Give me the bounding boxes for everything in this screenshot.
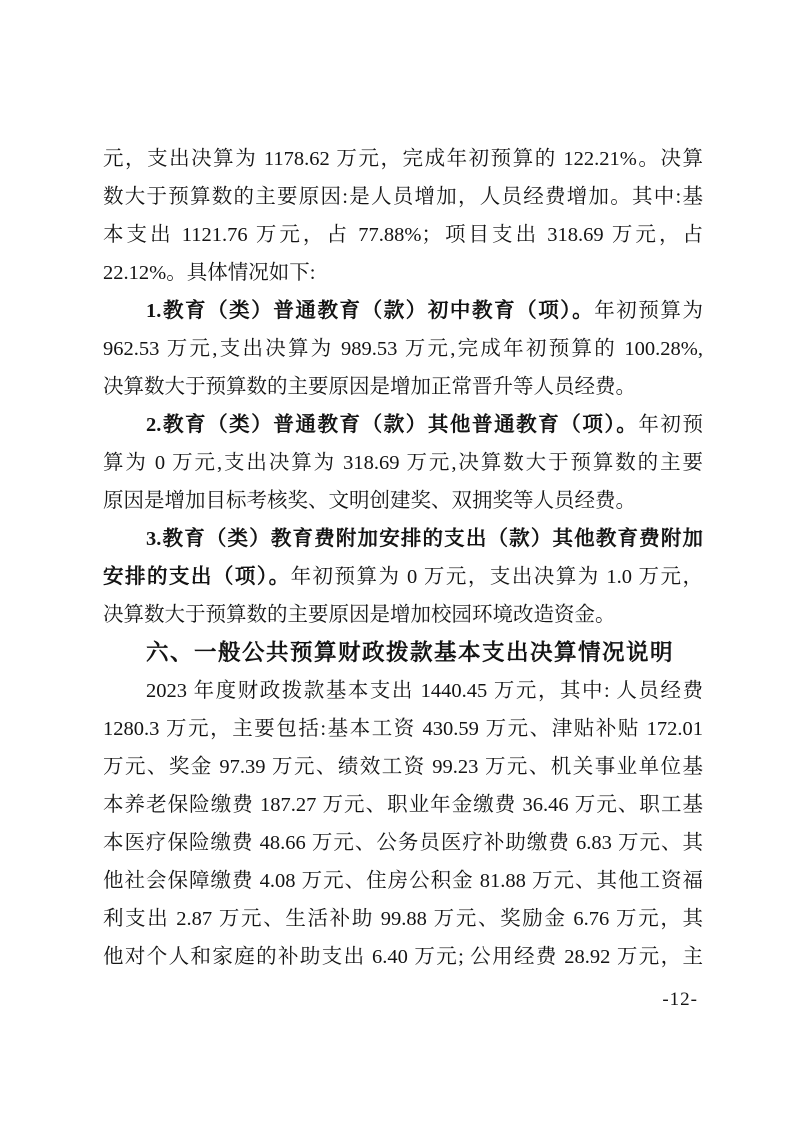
page-number: -12- <box>662 989 698 1011</box>
text-line: 数大于预算数的主要原因:是人员增加，人员经费增加。其中:基 <box>103 178 703 216</box>
text-segment: 元，支出决算为 1178.62 万元，完成年初预算的 122.21%。决算 <box>103 148 703 170</box>
text-line: 本支出 1121.76 万元，占 77.88%；项目支出 318.69 万元，占 <box>103 216 703 254</box>
text-segment: 数大于预算数的主要原因:是人员增加，人员经费增加。其中:基 <box>103 186 703 208</box>
document-page: 元，支出决算为 1178.62 万元，完成年初预算的 122.21%。决算数大于… <box>0 0 793 1122</box>
text-line: 962.53 万元,支出决算为 989.53 万元,完成年初预算的 100.28… <box>103 330 703 368</box>
text-segment: 他社会保障缴费 4.08 万元、住房公积金 81.88 万元、其他工资福 <box>103 870 703 892</box>
text-segment: 1280.3 万元，主要包括:基本工资 430.59 万元、津贴补贴 172.0… <box>103 718 703 740</box>
bold-text-segment: 1.教育（类）普通教育（款）初中教育（项）。 <box>146 300 594 322</box>
text-line: 2023 年度财政拨款基本支出 1440.45 万元，其中: 人员经费 <box>103 672 703 710</box>
text-segment: 算为 0 万元,支出决算为 318.69 万元,决算数大于预算数的主要 <box>103 452 703 474</box>
bold-text-segment: 3.教育（类）教育费附加安排的支出（款）其他教育费附加 <box>146 528 703 550</box>
text-line: 利支出 2.87 万元、生活补助 99.88 万元、奖励金 6.76 万元，其 <box>103 900 703 938</box>
text-line: 决算数大于预算数的主要原因是增加校园环境改造资金。 <box>103 596 703 634</box>
text-segment: 年初预算为 0 万元，支出决算为 1.0 万元， <box>291 566 703 588</box>
text-segment: 本医疗保险缴费 48.66 万元、公务员医疗补助缴费 6.83 万元、其 <box>103 832 703 854</box>
text-segment: 962.53 万元,支出决算为 989.53 万元,完成年初预算的 100.28… <box>103 338 703 360</box>
bold-text-segment: 六、一般公共预算财政拨款基本支出决算情况说明 <box>146 640 674 665</box>
text-segment: 原因是增加目标考核奖、文明创建奖、双拥奖等人员经费。 <box>103 490 636 512</box>
text-line: 万元、奖金 97.39 万元、绩效工资 99.23 万元、机关事业单位基 <box>103 748 703 786</box>
text-segment: 他对个人和家庭的补助支出 6.40 万元; 公用经费 28.92 万元，主 <box>103 946 703 968</box>
bold-text-segment: 2.教育（类）普通教育（款）其他普通教育（项）。 <box>146 414 638 436</box>
text-segment: 年初预 <box>638 414 703 436</box>
text-line: 1.教育（类）普通教育（款）初中教育（项）。年初预算为 <box>103 292 703 330</box>
text-segment: 2023 年度财政拨款基本支出 1440.45 万元，其中: 人员经费 <box>146 680 703 702</box>
text-line: 22.12%。具体情况如下: <box>103 254 703 292</box>
text-line: 3.教育（类）教育费附加安排的支出（款）其他教育费附加 <box>103 520 703 558</box>
bold-text-segment: 安排的支出（项）。 <box>103 566 291 588</box>
text-segment: 利支出 2.87 万元、生活补助 99.88 万元、奖励金 6.76 万元，其 <box>103 908 703 930</box>
text-segment: 22.12%。具体情况如下: <box>103 262 315 284</box>
section-heading: 六、一般公共预算财政拨款基本支出决算情况说明 <box>103 634 703 672</box>
text-line: 本医疗保险缴费 48.66 万元、公务员医疗补助缴费 6.83 万元、其 <box>103 824 703 862</box>
text-line: 2.教育（类）普通教育（款）其他普通教育（项）。年初预 <box>103 406 703 444</box>
text-segment: 本支出 1121.76 万元，占 77.88%；项目支出 318.69 万元，占 <box>103 224 703 246</box>
text-line: 原因是增加目标考核奖、文明创建奖、双拥奖等人员经费。 <box>103 482 703 520</box>
text-line: 他对个人和家庭的补助支出 6.40 万元; 公用经费 28.92 万元，主 <box>103 938 703 976</box>
text-segment: 年初预算为 <box>594 300 703 322</box>
text-line: 本养老保险缴费 187.27 万元、职业年金缴费 36.46 万元、职工基 <box>103 786 703 824</box>
text-segment: 本养老保险缴费 187.27 万元、职业年金缴费 36.46 万元、职工基 <box>103 794 703 816</box>
text-segment: 决算数大于预算数的主要原因是增加正常晋升等人员经费。 <box>103 376 636 398</box>
text-segment: 决算数大于预算数的主要原因是增加校园环境改造资金。 <box>103 604 616 626</box>
text-segment: 万元、奖金 97.39 万元、绩效工资 99.23 万元、机关事业单位基 <box>103 756 703 778</box>
text-block: 元，支出决算为 1178.62 万元，完成年初预算的 122.21%。决算数大于… <box>103 140 703 976</box>
text-line: 算为 0 万元,支出决算为 318.69 万元,决算数大于预算数的主要 <box>103 444 703 482</box>
text-line: 决算数大于预算数的主要原因是增加正常晋升等人员经费。 <box>103 368 703 406</box>
text-line: 安排的支出（项）。年初预算为 0 万元，支出决算为 1.0 万元， <box>103 558 703 596</box>
text-line: 他社会保障缴费 4.08 万元、住房公积金 81.88 万元、其他工资福 <box>103 862 703 900</box>
text-line: 1280.3 万元，主要包括:基本工资 430.59 万元、津贴补贴 172.0… <box>103 710 703 748</box>
text-line: 元，支出决算为 1178.62 万元，完成年初预算的 122.21%。决算 <box>103 140 703 178</box>
